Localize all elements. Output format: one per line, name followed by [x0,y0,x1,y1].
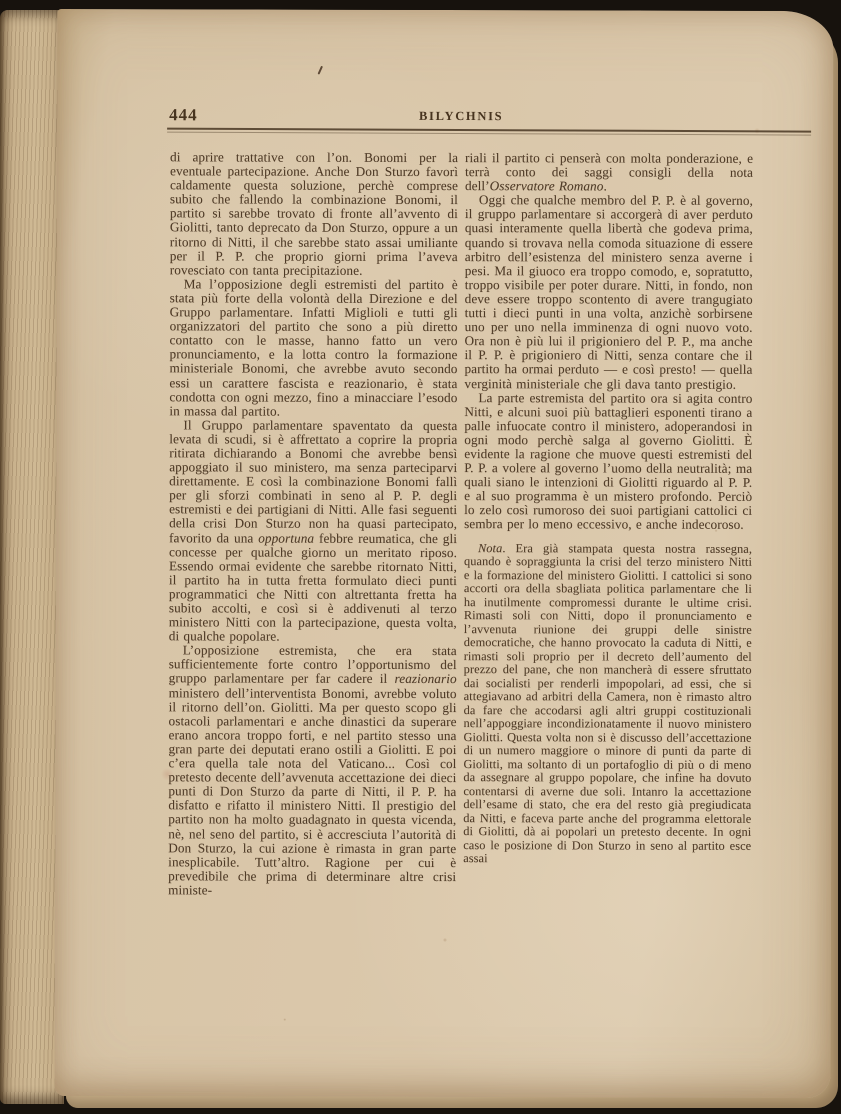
book-page: 444 BILYCHNIS di aprire trattative con l… [55,9,834,1098]
italic-text: opportuna [258,530,314,545]
text-segment: La parte estremista del partito ora si a… [464,390,752,533]
paragraph: Oggi che qualche membro del P. P. è al g… [464,193,753,391]
paragraph: Il Gruppo parlamentare spaventato da que… [169,418,458,644]
text-segment: febbre reumatica, che gli concesse per q… [169,530,457,644]
paragraph: di aprire trattative con l’on. Bonomi pe… [170,150,458,278]
text-segment: di aprire trattative con l’on. Bonomi pe… [170,149,458,277]
text-segment: . Era già stampata questa nostra rassegn… [463,541,752,865]
paragraph: La parte estremista del partito ora si a… [464,391,752,533]
italic-text: Osservatore Romano [490,178,604,193]
italic-text: reazionario [394,671,456,686]
header-rule [167,128,811,136]
italic-text: Nota [478,541,502,555]
page-header: 444 BILYCHNIS [169,103,753,129]
text-segment: Ma l’opposizione degli estremisti del pa… [169,276,457,418]
paragraph: Nota. Era già stampata questa nostra ras… [463,542,752,867]
paragraph: riali il partito ci penserà con molta po… [465,151,753,194]
right-column: riali il partito ci penserà con molta po… [463,151,753,899]
paragraph: Ma l’opposizione degli estremisti del pa… [169,277,457,419]
text-segment: ministero dell’interventista Bonomi, avr… [168,685,457,897]
paragraph: L’opposizione estremista, che era stata … [168,644,457,898]
ink-mark [318,66,324,75]
text-segment: . [603,179,606,194]
left-column: di aprire trattative con l’on. Bonomi pe… [168,150,458,898]
journal-title: BILYCHNIS [169,108,753,125]
text-columns: di aprire trattative con l’on. Bonomi pe… [168,150,753,898]
text-segment: Oggi che qualche membro del P. P. è al g… [464,192,753,391]
text-segment: Il Gruppo parlamentare spaventato da que… [169,417,457,545]
